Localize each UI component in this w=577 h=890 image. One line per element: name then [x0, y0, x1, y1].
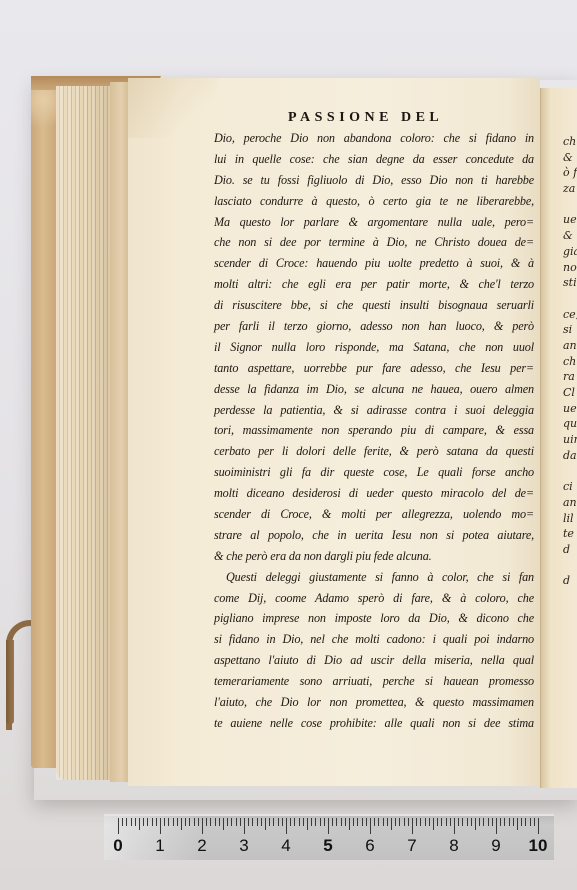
ruler-tick — [492, 818, 493, 826]
ruler-tick — [189, 818, 190, 826]
ruler-tick — [126, 818, 127, 826]
ruler-tick — [315, 818, 316, 826]
running-header: PASSIONE DEL — [288, 110, 443, 126]
text-line: perdesse la patientia, & si adirasse con… — [214, 400, 534, 421]
facing-page-fragment: lil — [563, 511, 577, 527]
ruler-tick — [509, 818, 510, 826]
ruler-tick — [215, 818, 216, 826]
ruler-label: 3 — [239, 836, 248, 856]
ruler-tick — [416, 818, 417, 826]
ruler-tick — [538, 818, 539, 834]
ruler-tick — [257, 818, 258, 826]
ruler-tick — [286, 818, 287, 834]
text-line: lui in quelle cose: che sian degne da es… — [214, 149, 534, 170]
book-photograph: PASSIONE DEL Dio, peroche Dio non abando… — [0, 0, 577, 890]
ruler-tick — [471, 818, 472, 826]
ruler-tick — [521, 818, 522, 826]
ruler-tick — [265, 818, 266, 830]
facing-page-fragment — [563, 558, 577, 574]
ruler-label: 1 — [155, 836, 164, 856]
ruler-tick — [173, 818, 174, 826]
ruler-tick — [450, 818, 451, 826]
ruler-tick — [278, 818, 279, 826]
text-line: tanto aspettare, uorrebbe pur fare adess… — [214, 358, 534, 379]
facing-page-fragment: si — [563, 322, 577, 338]
ruler-tick — [404, 818, 405, 826]
text-line: di risuscitere bbe, si che questi insult… — [214, 295, 534, 316]
ruler-tick — [336, 818, 337, 826]
ruler-tick — [395, 818, 396, 826]
ruler-tick — [261, 818, 262, 826]
ruler-tick — [231, 818, 232, 826]
ruler-tick — [357, 818, 358, 826]
facing-page-fragment: ò f — [563, 165, 577, 181]
facing-page-fragment — [563, 197, 577, 213]
ruler-tick — [202, 818, 203, 834]
ruler-tick — [479, 818, 480, 826]
text-line: Dio, peroche Dio non abandona coloro: ch… — [214, 128, 534, 149]
ruler-tick — [408, 818, 409, 826]
scale-ruler: 012345678910 — [104, 814, 554, 860]
ruler-tick — [429, 818, 430, 826]
text-line: te auiene nelle cose prohibite: alle qua… — [214, 713, 534, 734]
text-line: il Signor nulla loro risponde, ma Satana… — [214, 337, 534, 358]
ruler-tick — [227, 818, 228, 826]
text-line: pigliano imprese non imposte loro da Dio… — [214, 608, 534, 629]
text-line: suoiministri gli fa dir queste cose, Le … — [214, 462, 534, 483]
ruler-tick — [362, 818, 363, 826]
ruler-tick — [273, 818, 274, 826]
facing-page-fragment: Cl — [563, 385, 577, 401]
facing-page-fragment: qu — [563, 416, 577, 432]
ruler-tick — [303, 818, 304, 826]
text-line: lasciato condurre à questo, ò certo gia … — [214, 191, 534, 212]
facing-page-fragment: za — [563, 181, 577, 197]
ruler-tick — [488, 818, 489, 826]
ruler-tick — [370, 818, 371, 834]
ruler-tick — [454, 818, 455, 834]
ruler-tick — [294, 818, 295, 826]
ruler-tick — [378, 818, 379, 826]
ruler-label: 9 — [491, 836, 500, 856]
ruler-tick — [181, 818, 182, 830]
facing-page-fragment: ce, — [563, 307, 577, 323]
ruler-tick — [345, 818, 346, 826]
facing-page-fragment: uen — [563, 212, 577, 228]
ruler-tick — [307, 818, 308, 830]
ruler-tick — [147, 818, 148, 826]
ruler-tick — [282, 818, 283, 826]
facing-page-text-fragments: ch&ò fzauen& gianoistince,sianchraCluequ… — [563, 134, 577, 589]
facing-page-fragment: ch — [563, 354, 577, 370]
ruler-tick — [387, 818, 388, 826]
facing-page-fragment: & — [563, 228, 577, 244]
ruler-tick — [353, 818, 354, 826]
facing-page-fragment: ch — [563, 134, 577, 150]
ruler-tick — [198, 818, 199, 826]
ruler-tick — [425, 818, 426, 826]
facing-page-fragment: ci — [563, 479, 577, 495]
ruler-tick — [299, 818, 300, 826]
ruler-label: 5 — [323, 836, 332, 856]
facing-page-fragment: an — [563, 495, 577, 511]
facing-page-fragment: d — [563, 542, 577, 558]
ruler-tick — [500, 818, 501, 826]
facing-page-fragment: noi — [563, 260, 577, 276]
text-line: tori, massimamente non sperando piu di c… — [214, 420, 534, 441]
ruler-tick — [534, 818, 535, 826]
ruler-tick — [475, 818, 476, 830]
ruler-tick — [437, 818, 438, 826]
ruler-tick — [131, 818, 132, 826]
ruler-tick — [399, 818, 400, 826]
ruler-tick — [446, 818, 447, 826]
text-line: molti altri: che egli era per patir mort… — [214, 274, 534, 295]
ruler-tick — [143, 818, 144, 826]
ruler-tick — [223, 818, 224, 830]
ruler-tick — [206, 818, 207, 826]
text-line: scender di Croce: hauendo piu uolte pred… — [214, 253, 534, 274]
text-line: scender di Croce, & molti per allegrezza… — [214, 504, 534, 525]
facing-page-fragment: d — [563, 573, 577, 589]
ruler-tick — [219, 818, 220, 826]
ruler-tick — [441, 818, 442, 826]
facing-page-fragment: an — [563, 338, 577, 354]
ruler-label: 2 — [197, 836, 206, 856]
text-line: molti diceano desiderosi di ueder questo… — [214, 483, 534, 504]
ruler-tick — [366, 818, 367, 826]
facing-page-fragment: gia — [563, 244, 577, 260]
facing-page-fragment: da — [563, 448, 577, 464]
facing-page-fragment: ra — [563, 369, 577, 385]
ruler-tick — [164, 818, 165, 826]
text-line: Questi deleggi giustamente si fanno à co… — [214, 567, 534, 588]
facing-page-fragment: uir — [563, 432, 577, 448]
ruler-tick — [168, 818, 169, 826]
ruler-tick — [420, 818, 421, 826]
ruler-tick — [525, 818, 526, 826]
ruler-label: 10 — [529, 836, 548, 856]
ruler-tick — [341, 818, 342, 826]
ruler-tick — [462, 818, 463, 826]
facing-page-fragment — [563, 463, 577, 479]
ruler-tick — [160, 818, 161, 834]
ruler-tick — [311, 818, 312, 826]
ruler-tick — [433, 818, 434, 830]
text-line: come Dij, coome Adamo sperò di fare, & à… — [214, 588, 534, 609]
ruler-tick — [240, 818, 241, 826]
ruler-tick — [320, 818, 321, 826]
ruler-tick — [467, 818, 468, 826]
ruler-tick — [517, 818, 518, 830]
text-line: desse la fidanza im Dio, se alcuna ne ha… — [214, 379, 534, 400]
ruler-tick — [135, 818, 136, 826]
text-line: & che però era da non dargli piu fede al… — [214, 546, 534, 567]
ruler-tick — [118, 818, 119, 834]
ruler-tick — [391, 818, 392, 830]
ruler-tick — [496, 818, 497, 834]
page-body-text: Dio, peroche Dio non abandona coloro: ch… — [214, 128, 534, 734]
text-line: aspettano l'aiuto di Dio ad uscir della … — [214, 650, 534, 671]
text-line: per farli il terzo giorno, adesso non ha… — [214, 316, 534, 337]
ruler-label: 8 — [449, 836, 458, 856]
text-line: cerbato per li dolori delle ferite, & pe… — [214, 441, 534, 462]
ruler-tick — [139, 818, 140, 830]
ruler-tick — [332, 818, 333, 826]
ruler-tick — [252, 818, 253, 826]
text-line: che non si dee por termine à Dio, ne Chr… — [214, 232, 534, 253]
text-line: Ma questo lor parlare & argomentare null… — [214, 212, 534, 233]
ruler-tick — [210, 818, 211, 826]
ruler-tick — [324, 818, 325, 826]
ruler-tick — [290, 818, 291, 826]
ruler-tick — [122, 818, 123, 826]
ruler-tick — [177, 818, 178, 826]
text-line: temerariamente sono arriuati, perche si … — [214, 671, 534, 692]
text-line: l'aiuto, che Dio lor non promettea, & qu… — [214, 692, 534, 713]
ruler-tick — [412, 818, 413, 834]
ruler-tick — [152, 818, 153, 826]
ruler-tick — [458, 818, 459, 826]
ruler-label: 7 — [407, 836, 416, 856]
ruler-tick — [194, 818, 195, 826]
facing-page-fragment — [563, 291, 577, 307]
text-line: si fidano in Dio, nel che molti cadono: … — [214, 629, 534, 650]
ruler-tick — [236, 818, 237, 826]
ruler-tick — [269, 818, 270, 826]
facing-page-fragment: & — [563, 150, 577, 166]
ruler-tick — [513, 818, 514, 826]
ruler-tick — [374, 818, 375, 826]
ruler-tick — [328, 818, 329, 834]
ruler-tick — [185, 818, 186, 826]
facing-page-fragment: stin — [563, 275, 577, 291]
ruler-tick — [156, 818, 157, 826]
ruler-tick — [244, 818, 245, 834]
ruler-tick — [248, 818, 249, 826]
ruler-tick — [530, 818, 531, 826]
bookmark-ribbon-tail — [6, 640, 14, 724]
ruler-tick — [504, 818, 505, 826]
ruler-tick — [483, 818, 484, 826]
facing-page-fragment: ue — [563, 401, 577, 417]
ruler-label: 0 — [113, 836, 122, 856]
ruler-tick — [349, 818, 350, 830]
text-line: strare al popolo, che in uerita Iesu non… — [214, 525, 534, 546]
ruler-tick — [383, 818, 384, 826]
text-line: Dio. se tu fossi figliuolo di Dio, esso … — [214, 170, 534, 191]
ruler-label: 4 — [281, 836, 290, 856]
facing-page-fragment: te — [563, 526, 577, 542]
ruler-label: 6 — [365, 836, 374, 856]
